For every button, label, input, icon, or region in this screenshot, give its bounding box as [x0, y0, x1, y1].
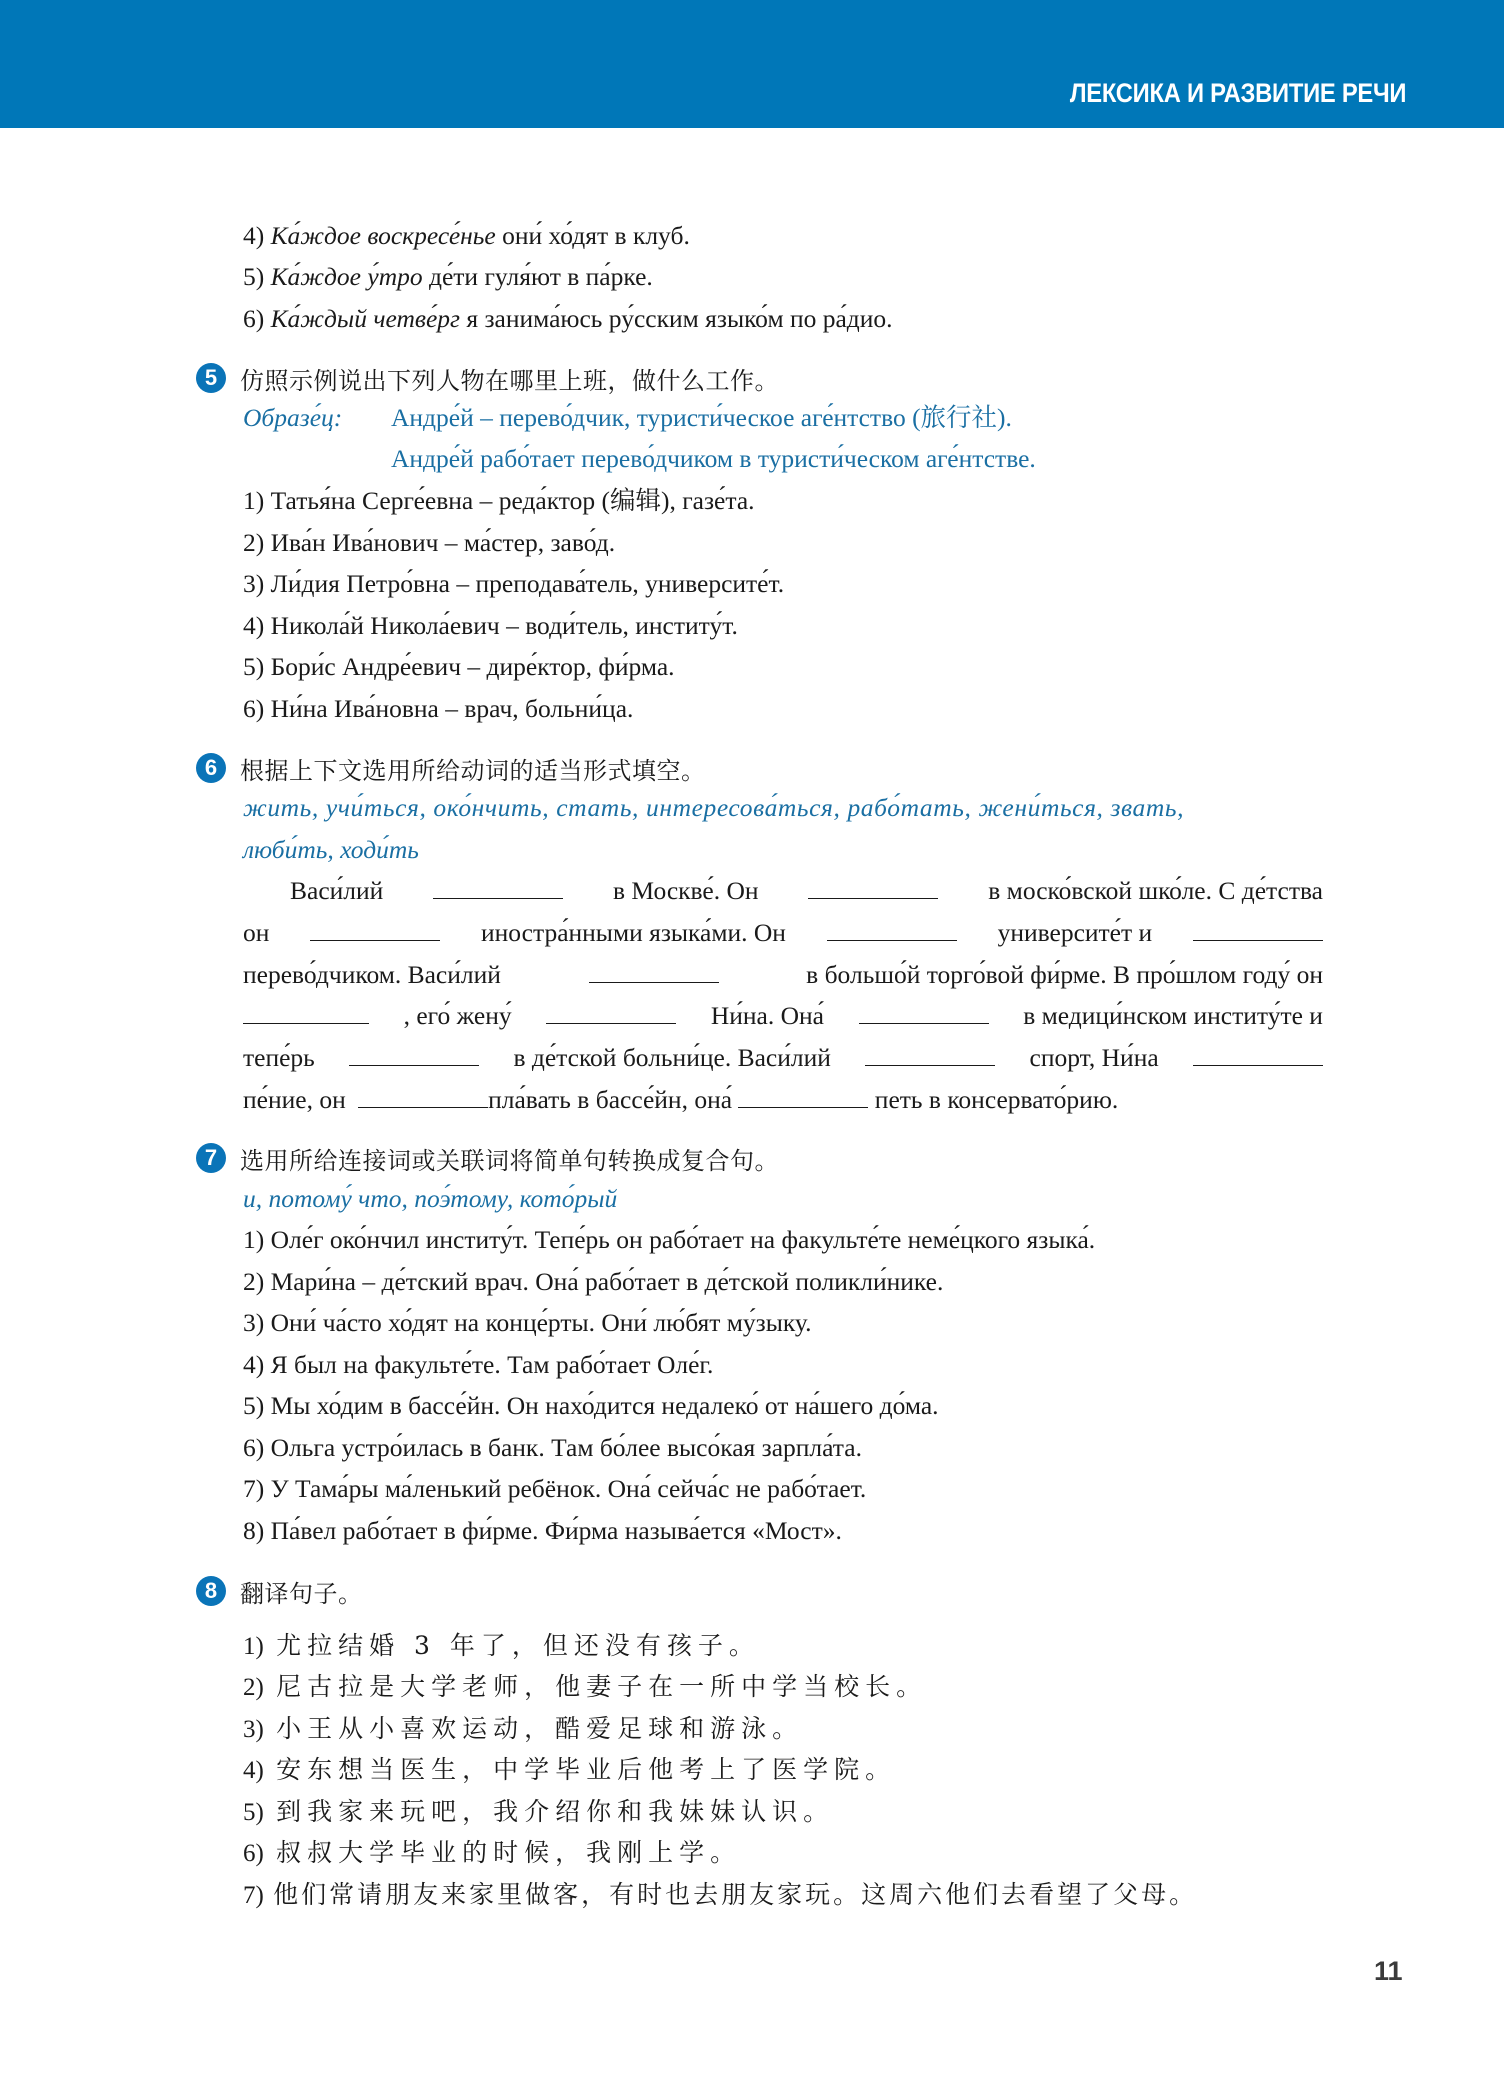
- text-fragment: тепе́рь: [243, 1043, 315, 1073]
- list-item: 5) Ка́ждое у́тро де́ти гуля́ют в па́рке.: [243, 262, 653, 292]
- fill-in-line: перево́дчиком. Васи́лий в большо́й торго…: [243, 960, 1323, 990]
- italic-phrase: Ка́ждое у́тро: [271, 262, 423, 291]
- item-text: они́ хо́дят в клуб.: [496, 221, 690, 250]
- exercise-8-heading: 8 翻译句子。: [196, 1575, 363, 1607]
- text-fragment: пла́вать в бассе́йн, она́: [488, 1085, 732, 1114]
- text-fragment: Васи́лий: [290, 876, 383, 906]
- translation-item: 2) 尼古拉是大学老师，他妻子在一所中学当校长。: [243, 1672, 927, 1703]
- text-fragment: спорт, Ни́на: [1030, 1043, 1159, 1073]
- verb-list-line-2: люби́ть, ходи́ть: [243, 835, 419, 865]
- item-text: де́ти гуля́ют в па́рке.: [423, 262, 653, 291]
- item-number: 1): [243, 1633, 264, 1660]
- sample-label: Образе́ц:: [243, 403, 391, 433]
- sample-line-1: Образе́ц:Андре́й – перево́дчик, туристи́…: [243, 403, 1012, 433]
- list-item: 7) У Тама́ры ма́ленький ребёнок. Она́ се…: [243, 1474, 866, 1504]
- exercise-7-heading: 7 选用所给连接词或关联词将简单句转换成复合句。: [196, 1142, 779, 1174]
- item-number: 3): [243, 1716, 264, 1743]
- verb-list-line-1: жить, учи́ться, око́нчить, стать, интере…: [243, 793, 1184, 823]
- page-number: 11: [1374, 1956, 1403, 1987]
- text-fragment: перево́дчиком. Васи́лий: [243, 960, 501, 990]
- blank-field[interactable]: [808, 876, 938, 899]
- text-fragment: он: [243, 918, 269, 948]
- exercise-number-badge: 8: [196, 1576, 226, 1606]
- sample-line-2: Андре́й рабо́тает перево́дчиком в турист…: [391, 444, 1036, 474]
- header-band: ЛЕКСИКА И РАЗВИТИЕ РЕЧИ: [0, 0, 1504, 128]
- translation-item: 5) 到我家来玩吧，我介绍你和我妹妹认识。: [243, 1797, 834, 1828]
- blank-field[interactable]: [546, 1001, 676, 1024]
- item-number: 5): [243, 1799, 264, 1826]
- fill-in-line: Васи́лий в Москве́. Он в моско́вской шко…: [290, 876, 1323, 906]
- list-item: 4) Ка́ждое воскресе́нье они́ хо́дят в кл…: [243, 221, 690, 251]
- exercise-title: 根据上下文选用所给动词的适当形式填空。: [240, 751, 706, 786]
- blank-field[interactable]: [349, 1043, 479, 1066]
- list-item: 3) Ли́дия Петро́вна – преподава́тель, ун…: [243, 569, 784, 599]
- translation-item: 4) 安东想当医生，中学毕业后他考上了医学院。: [243, 1755, 896, 1786]
- blank-field[interactable]: [827, 918, 957, 941]
- item-number: 7): [243, 1882, 264, 1909]
- translation-item: 3) 小王从小喜欢运动，酷爱足球和游泳。: [243, 1714, 803, 1745]
- item-number: 4): [243, 1757, 264, 1784]
- blank-field[interactable]: [865, 1043, 995, 1066]
- item-number: 4): [243, 221, 264, 250]
- translation-item: 7) 他们常请朋友来家里做客，有时也去朋友家玩。这周六他们去看望了父母。: [243, 1880, 1197, 1911]
- item-text: 安东想当医生，中学毕业后他考上了医学院。: [276, 1755, 896, 1784]
- sample-text: Андре́й – перево́дчик, туристи́ческое аг…: [391, 403, 1012, 432]
- text-fragment: в моско́вской шко́ле. С де́тства: [988, 876, 1323, 906]
- blank-field[interactable]: [243, 1001, 369, 1024]
- blank-field[interactable]: [358, 1085, 488, 1108]
- list-item: 4) Я был на факульте́те. Там рабо́тает О…: [243, 1350, 713, 1380]
- list-item: 8) Па́вел рабо́тает в фи́рме. Фи́рма наз…: [243, 1516, 842, 1546]
- translation-item: 6) 叔叔大学毕业的时候，我刚上学。: [243, 1838, 741, 1869]
- item-text: 他们常请朋友来家里做客，有时也去朋友家玩。这周六他们去看望了父母。: [273, 1880, 1197, 1909]
- list-item: 1) Татья́на Серге́евна – реда́ктор (编辑),…: [243, 486, 755, 516]
- item-number: 6): [243, 1840, 264, 1867]
- list-item: 3) Они́ ча́сто хо́дят на конце́рты. Они́…: [243, 1308, 811, 1338]
- text-fragment: в Москве́. Он: [613, 876, 759, 906]
- text-fragment: в де́тской больни́це. Васи́лий: [513, 1043, 830, 1073]
- list-item: 6) Ольга устро́илась в банк. Там бо́лее …: [243, 1433, 862, 1463]
- item-number: 2): [243, 1674, 264, 1701]
- conjunction-list: и, потому́ что, поэ́тому, кото́рый: [243, 1184, 617, 1214]
- text-fragment: , его́ жену́: [404, 1001, 512, 1031]
- item-text: 尼古拉是大学老师，他妻子在一所中学当校长。: [276, 1672, 927, 1701]
- exercise-5-heading: 5 仿照示例说出下列人物在哪里上班，做什么工作。: [196, 362, 779, 394]
- text-fragment: Ни́на. Она́: [711, 1001, 824, 1031]
- fill-in-line: тепе́рь в де́тской больни́це. Васи́лий с…: [243, 1043, 1323, 1073]
- list-item: 2) Ива́н Ива́нович – ма́стер, заво́д.: [243, 528, 615, 558]
- text-fragment: пе́ние, он: [243, 1085, 346, 1114]
- list-item: 4) Никола́й Никола́евич – води́тель, инс…: [243, 611, 738, 641]
- text-fragment: петь в консервато́рию.: [875, 1085, 1118, 1114]
- blank-field[interactable]: [1193, 918, 1323, 941]
- section-title: ЛЕКСИКА И РАЗВИТИЕ РЕЧИ: [1070, 78, 1406, 109]
- item-number: 6): [243, 304, 264, 333]
- blank-field[interactable]: [859, 1001, 989, 1024]
- exercise-title: 翻译句子。: [240, 1574, 363, 1609]
- blank-field[interactable]: [589, 960, 719, 983]
- blank-field[interactable]: [738, 1085, 868, 1108]
- exercise-6-heading: 6 根据上下文选用所给动词的适当形式填空。: [196, 752, 706, 784]
- fill-in-line: , его́ жену́ Ни́на. Она́ в медици́нском …: [243, 1001, 1323, 1031]
- item-text: 尤拉结婚 3 年了，但还没有孩子。: [276, 1631, 760, 1660]
- exercise-number-badge: 6: [196, 753, 226, 783]
- blank-field[interactable]: [433, 876, 563, 899]
- list-item: 5) Мы хо́дим в бассе́йн. Он нахо́дится н…: [243, 1391, 939, 1421]
- blank-field[interactable]: [1193, 1043, 1323, 1066]
- list-item: 1) Оле́г око́нчил институ́т. Тепе́рь он …: [243, 1225, 1095, 1255]
- exercise-number-badge: 5: [196, 363, 226, 393]
- list-item: 6) Ка́ждый четве́рг я занима́юсь ру́сски…: [243, 304, 893, 334]
- list-item: 5) Бори́с Андре́евич – дире́ктор, фи́рма…: [243, 652, 675, 682]
- translation-item: 1) 尤拉结婚 3 年了，但还没有孩子。: [243, 1631, 760, 1662]
- text-fragment: в медици́нском институ́те и: [1023, 1001, 1323, 1031]
- list-item: 6) Ни́на Ива́новна – врач, больни́ца.: [243, 694, 633, 724]
- exercise-title: 仿照示例说出下列人物在哪里上班，做什么工作。: [240, 361, 779, 396]
- item-text: 到我家来玩吧，我介绍你和我妹妹认识。: [276, 1797, 834, 1826]
- fill-in-line: пе́ние, он пла́вать в бассе́йн, она́ пет…: [243, 1085, 1118, 1115]
- italic-phrase: Ка́ждое воскресе́нье: [271, 221, 496, 250]
- exercise-number-badge: 7: [196, 1143, 226, 1173]
- item-text: 叔叔大学毕业的时候，我刚上学。: [276, 1838, 741, 1867]
- item-number: 5): [243, 262, 264, 291]
- italic-phrase: Ка́ждый четве́рг: [271, 304, 460, 333]
- item-text: я занима́юсь ру́сским языко́м по ра́дио.: [460, 304, 893, 333]
- fill-in-line: он иностра́нными языка́ми. Он университе…: [243, 918, 1323, 948]
- exercise-title: 选用所给连接词或关联词将简单句转换成复合句。: [240, 1141, 779, 1176]
- text-fragment: в большо́й торго́вой фи́рме. В про́шлом …: [806, 960, 1323, 990]
- item-text: 小王从小喜欢运动，酷爱足球和游泳。: [276, 1714, 803, 1743]
- text-fragment: университе́т и: [998, 918, 1153, 948]
- list-item: 2) Мари́на – де́тский врач. Она́ рабо́та…: [243, 1267, 943, 1297]
- blank-field[interactable]: [310, 918, 440, 941]
- text-fragment: иностра́нными языка́ми. Он: [481, 918, 786, 948]
